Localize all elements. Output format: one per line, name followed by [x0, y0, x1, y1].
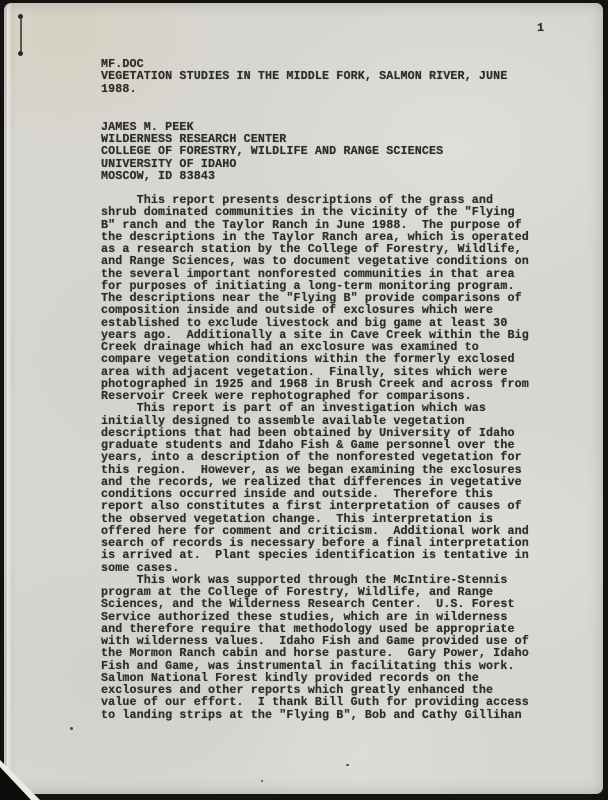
staple-mark	[18, 14, 24, 56]
scanned-page: 1 MF.DOC VEGETATION STUDIES IN THE MIDDL…	[0, 0, 608, 800]
doc-title-block: MF.DOC VEGETATION STUDIES IN THE MIDDLE …	[101, 58, 561, 95]
staple-bar	[20, 17, 22, 53]
page-number: 1	[537, 22, 544, 34]
paper-sheet: 1 MF.DOC VEGETATION STUDIES IN THE MIDDL…	[4, 3, 603, 794]
scan-speck	[70, 727, 73, 730]
paragraph-1: This report presents descriptions of the…	[101, 194, 561, 402]
staple-dot-bottom	[18, 51, 23, 56]
paragraph-2: This report is part of an investigation …	[101, 402, 561, 574]
paragraph-3: This work was supported through the McIn…	[101, 574, 561, 721]
scan-speck	[346, 764, 349, 766]
document-content: MF.DOC VEGETATION STUDIES IN THE MIDDLE …	[101, 58, 561, 721]
author-address-block: JAMES M. PEEK WILDERNESS RESEARCH CENTER…	[101, 121, 561, 182]
paper-edge-highlight	[7, 3, 12, 794]
scan-speck	[261, 780, 263, 782]
